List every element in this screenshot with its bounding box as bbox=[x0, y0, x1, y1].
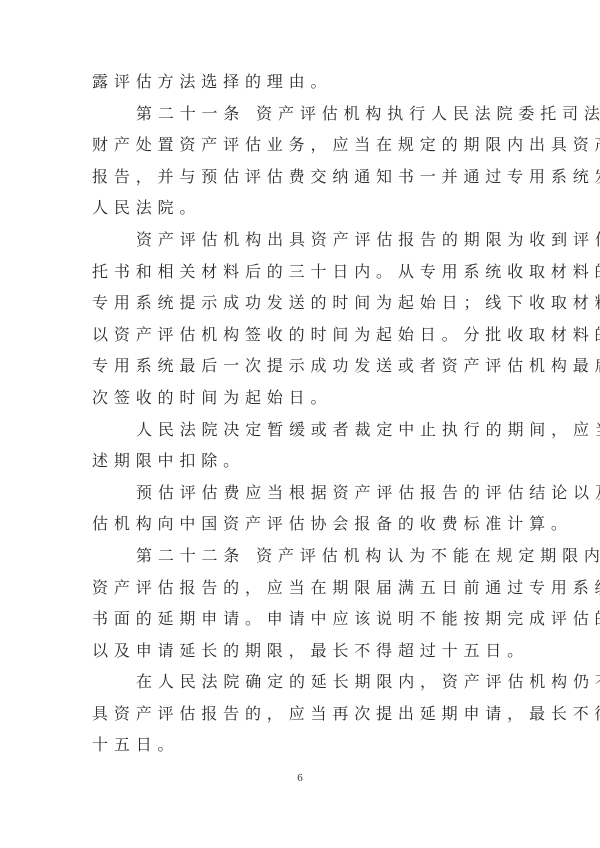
text-line: 以资产评估机构签收的时间为起始日。分批收取材料的，以 bbox=[92, 319, 522, 351]
text-line: 托书和相关材料后的三十日内。从专用系统收取材料的，以 bbox=[92, 256, 522, 288]
page-number: 6 bbox=[0, 772, 600, 784]
text-line: 具资产评估报告的，应当再次提出延期申请，最长不得超过 bbox=[92, 698, 522, 730]
text-line: 述期限中扣除。 bbox=[92, 445, 522, 477]
text-line: 第二十一条 资产评估机构执行人民法院委托司法执行 bbox=[92, 98, 522, 130]
text-line: 专用系统提示成功发送的时间为起始日；线下收取材料的， bbox=[92, 287, 522, 319]
text-line: 以及申请延长的期限，最长不得超过十五日。 bbox=[92, 635, 522, 667]
text-line: 专用系统最后一次提示成功发送或者资产评估机构最后一 bbox=[92, 350, 522, 382]
text-line: 人民法院。 bbox=[92, 192, 522, 224]
text-line: 财产处置资产评估业务，应当在规定的期限内出具资产评估 bbox=[92, 129, 522, 161]
text-line: 在人民法院确定的延长期限内，资产评估机构仍不能出 bbox=[92, 666, 522, 698]
text-line: 资产评估机构出具资产评估报告的期限为收到评估委 bbox=[92, 224, 522, 256]
text-line: 次签收的时间为起始日。 bbox=[92, 382, 522, 414]
text-line: 资产评估报告的，应当在期限届满五日前通过专用系统发送 bbox=[92, 572, 522, 604]
text-line: 报告，并与预估评估费交纳通知书一并通过专用系统发送给 bbox=[92, 161, 522, 193]
text-line: 书面的延期申请。申请中应该说明不能按期完成评估的原因， bbox=[92, 603, 522, 635]
document-body: 露评估方法选择的理由。 第二十一条 资产评估机构执行人民法院委托司法执行 财产处… bbox=[92, 66, 522, 761]
text-line: 露评估方法选择的理由。 bbox=[92, 66, 522, 98]
text-line: 预估评估费应当根据资产评估报告的评估结论以及评 bbox=[92, 477, 522, 509]
document-page: 露评估方法选择的理由。 第二十一条 资产评估机构执行人民法院委托司法执行 财产处… bbox=[0, 0, 600, 848]
text-line: 十五日。 bbox=[92, 729, 522, 761]
text-line: 第二十二条 资产评估机构认为不能在规定期限内出具 bbox=[92, 540, 522, 572]
text-line: 人民法院决定暂缓或者裁定中止执行的期间，应当从前 bbox=[92, 414, 522, 446]
text-line: 估机构向中国资产评估协会报备的收费标准计算。 bbox=[92, 508, 522, 540]
